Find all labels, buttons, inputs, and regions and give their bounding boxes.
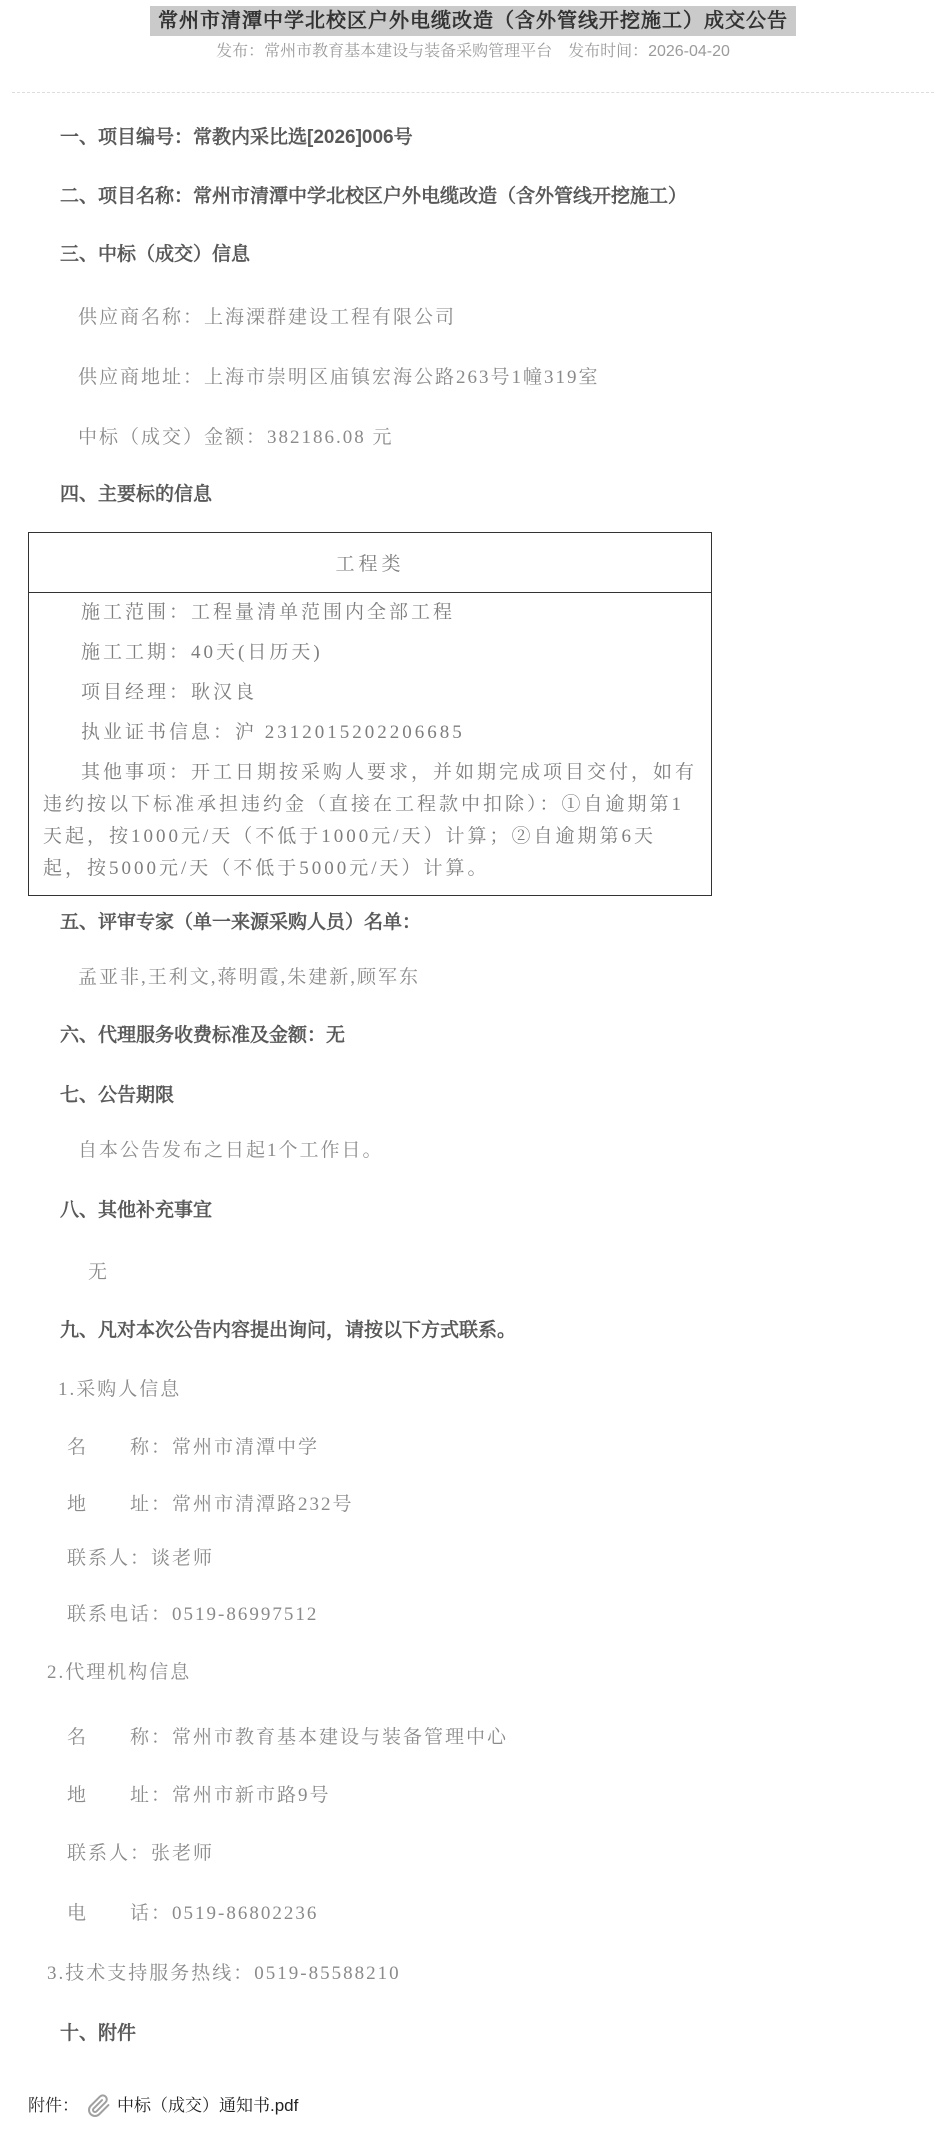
table-body-cell: 施工范围：工程量清单范围内全部工程 施工工期：40天(日历天) 项目经理：耿汉良… xyxy=(29,593,712,896)
paperclip-icon xyxy=(87,2094,111,2118)
attachment-label: 附件： xyxy=(28,2093,79,2119)
section-experts-heading: 五、评审专家（单一来源采购人员）名单： xyxy=(60,910,946,936)
announcement-page: 常州市清潭中学北校区户外电缆改造（含外管线开挖施工）成交公告 发布：常州市教育基… xyxy=(0,0,946,2148)
license-info-line: 执业证书信息：沪 2312015202206685 xyxy=(43,717,697,749)
publisher-text: 发布：常州市教育基本建设与装备采购管理平台 xyxy=(216,43,552,60)
other-matters-paragraph: 其他事项：开工日期按采购人要求，并如期完成项目交付，如有违约按以下标准承担违约金… xyxy=(43,757,697,885)
agency-info-title: 2.代理机构信息 xyxy=(47,1660,946,1686)
section-subject-info-heading: 四、主要标的信息 xyxy=(60,482,946,508)
announcement-period-text: 自本公告发布之日起1个工作日。 xyxy=(78,1138,946,1164)
experts-list: 孟亚非,王利文,蒋明霞,朱建新,顾军东 xyxy=(78,965,946,991)
purchaser-info-title: 1.采购人信息 xyxy=(58,1377,946,1403)
section-project-number: 一、项目编号：常教内采比选[2026]006号 xyxy=(60,125,946,151)
agency-name-line: 名 称：常州市教育基本建设与装备管理中心 xyxy=(67,1725,946,1751)
supplier-address-line: 供应商地址：上海市崇明区庙镇宏海公路263号1幢319室 xyxy=(78,365,946,391)
section-supplementary-heading: 八、其他补充事宜 xyxy=(60,1198,946,1224)
purchaser-address-line: 地 址：常州市清潭路232号 xyxy=(67,1492,946,1518)
purchaser-name-line: 名 称：常州市清潭中学 xyxy=(67,1435,946,1461)
section-project-name: 二、项目名称：常州市清潭中学北校区户外电缆改造（含外管线开挖施工） xyxy=(60,184,946,210)
document-header: 常州市清潭中学北校区户外电缆改造（含外管线开挖施工）成交公告 发布：常州市教育基… xyxy=(0,0,946,62)
section-attachment-heading: 十、附件 xyxy=(60,2021,946,2047)
dashed-divider xyxy=(12,92,934,93)
attachment-link[interactable]: 中标（成交）通知书.pdf xyxy=(117,2093,298,2119)
purchaser-contact-line: 联系人：谈老师 xyxy=(67,1546,946,1572)
supplier-name-line: 供应商名称：上海溧群建设工程有限公司 xyxy=(78,305,946,331)
agency-phone-line: 电 话：0519-86802236 xyxy=(67,1901,946,1927)
section-agency-fee: 六、代理服务收费标准及金额：无 xyxy=(60,1023,946,1049)
purchaser-phone-line: 联系电话：0519-86997512 xyxy=(67,1602,946,1628)
page-title: 常州市清潭中学北校区户外电缆改造（含外管线开挖施工）成交公告 xyxy=(150,6,796,36)
construction-period-line: 施工工期：40天(日历天) xyxy=(43,637,697,669)
construction-scope-line: 施工范围：工程量清单范围内全部工程 xyxy=(43,597,697,629)
table-category-header: 工程类 xyxy=(29,533,712,593)
supplementary-text: 无 xyxy=(88,1260,946,1286)
publish-info: 发布：常州市教育基本建设与装备采购管理平台发布时间：2026-04-20 xyxy=(0,42,946,62)
section-contact-heading: 九、凡对本次公告内容提出询问，请按以下方式联系。 xyxy=(60,1318,946,1344)
attachment-bar: 附件： 中标（成交）通知书.pdf xyxy=(28,2093,946,2119)
support-hotline-line: 3.技术支持服务热线：0519-85588210 xyxy=(47,1961,946,1987)
project-manager-line: 项目经理：耿汉良 xyxy=(43,677,697,709)
agency-address-line: 地 址：常州市新市路9号 xyxy=(67,1783,946,1809)
subject-table: 工程类 施工范围：工程量清单范围内全部工程 施工工期：40天(日历天) 项目经理… xyxy=(28,532,712,896)
section-award-info-heading: 三、中标（成交）信息 xyxy=(60,242,946,268)
publish-time-text: 发布时间：2026-04-20 xyxy=(568,43,730,60)
agency-contact-line: 联系人：张老师 xyxy=(67,1841,946,1867)
section-announcement-period-heading: 七、公告期限 xyxy=(60,1083,946,1109)
award-amount-line: 中标（成交）金额：382186.08 元 xyxy=(78,425,946,451)
